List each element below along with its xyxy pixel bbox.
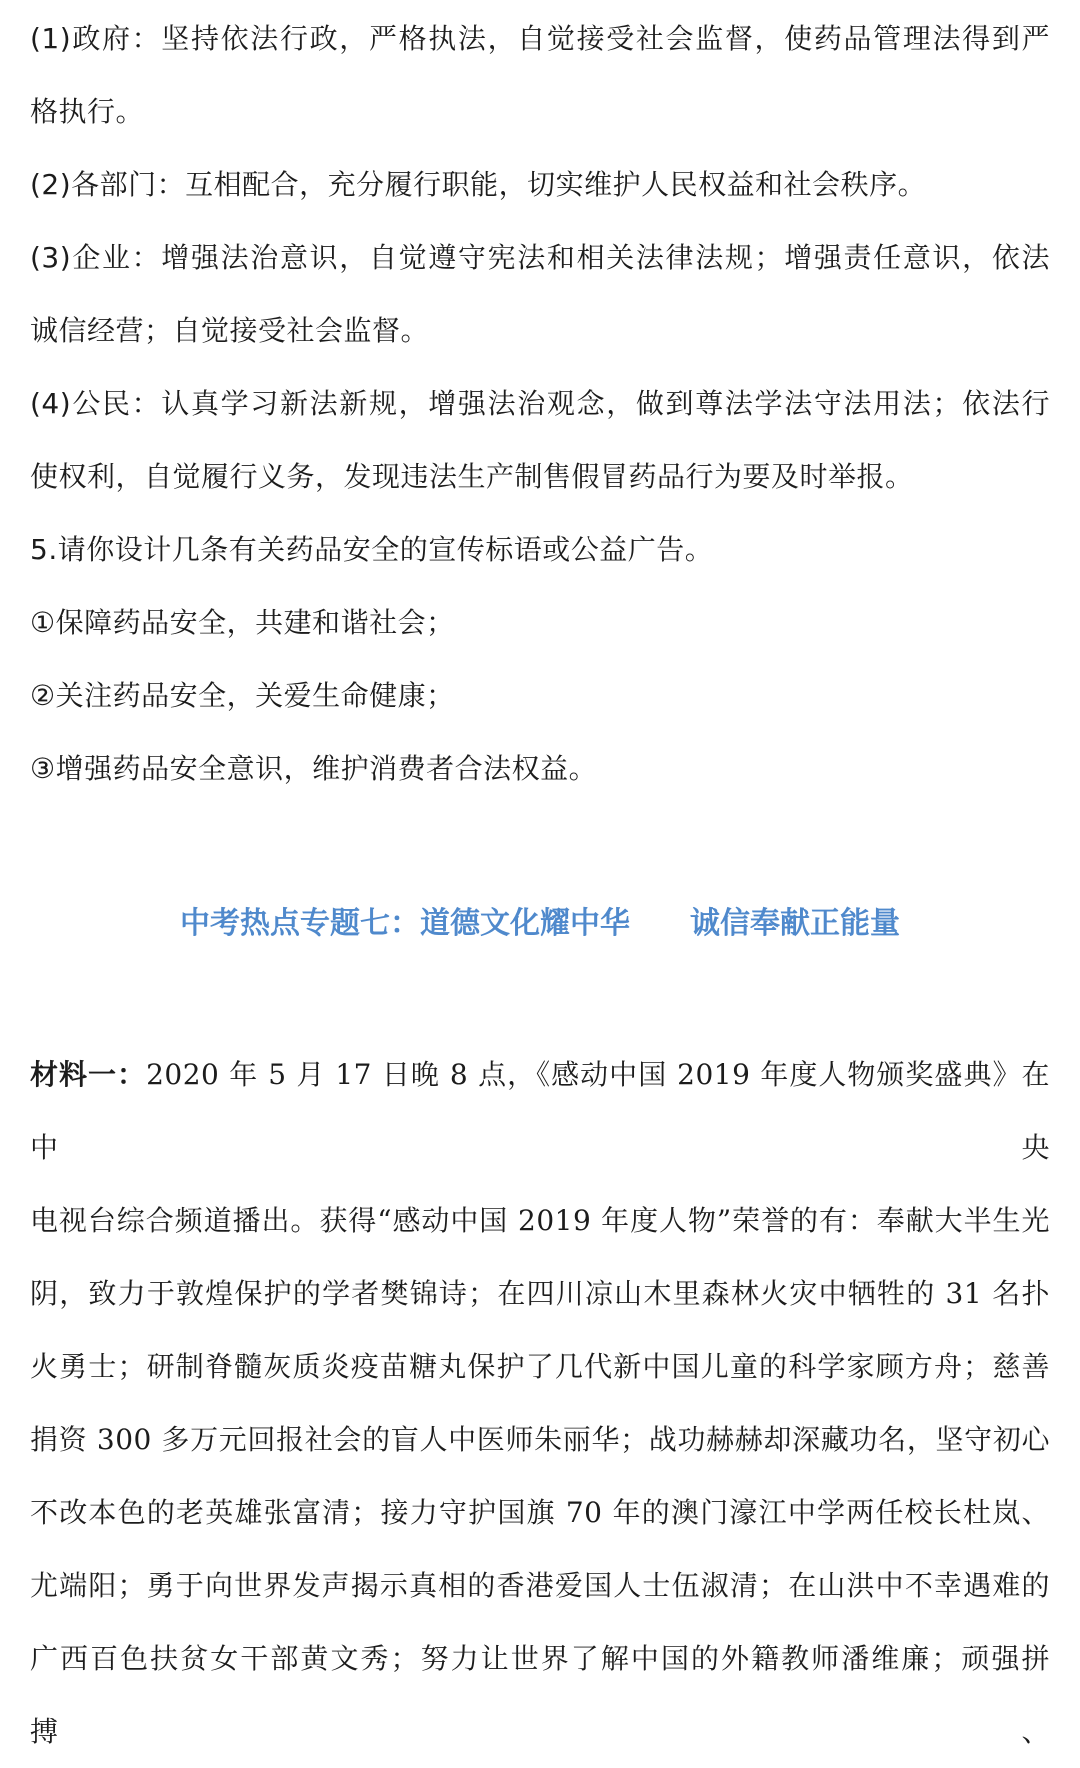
slogan-line: ②关注药品安全，关爱生命健康； (30, 659, 1050, 732)
material-label: 材料一： (30, 1058, 146, 1091)
legal-duties-section: (1)政府：坚持依法行政，严格执法，自觉接受社会监督，使药品管理法得到严 格执行… (30, 2, 1050, 805)
legal-line: (4)公民：认真学习新法新规，增强法治观念，做到尊法学法守法用法；依法行 (30, 367, 1050, 440)
slogan-line: ③增强药品安全意识，维护消费者合法权益。 (30, 732, 1050, 805)
material-line: 材料一：2020 年 5 月 17 日晚 8 点，《感动中国 2019 年度人物… (30, 1038, 1050, 1184)
material-line: 火勇士；研制脊髓灰质炎疫苗糖丸保护了几代新中国儿童的科学家顾方舟；慈善 (30, 1330, 1050, 1403)
legal-line: (3)企业：增强法治意识，自觉遵守宪法和相关法律法规；增强责任意识，依法 (30, 221, 1050, 294)
material-line: 广西百色扶贫女干部黄文秀；努力让世界了解中国的外籍教师潘维廉；顽强拼搏、 (30, 1622, 1050, 1768)
chapter-heading-subtitle: 诚信奉献正能量 (690, 906, 900, 941)
material-line: 不改本色的老英雄张富清；接力守护国旗 70 年的澳门濠江中学两任校长杜岚、 (30, 1476, 1050, 1549)
material-line: 电视台综合频道播出。获得“感动中国 2019 年度人物”荣誉的有：奉献大半生光 (30, 1184, 1050, 1257)
legal-line: 诚信经营；自觉接受社会监督。 (30, 294, 1050, 367)
material-line: 尤端阳；勇于向世界发声揭示真相的香港爱国人士伍淑清；在山洪中不幸遇难的 (30, 1549, 1050, 1622)
material-line-text: 2020 年 5 月 17 日晚 8 点，《感动中国 2019 年度人物颁奖盛典… (30, 1058, 1050, 1164)
legal-line: (2)各部门：互相配合，充分履行职能，切实维护人民权益和社会秩序。 (30, 148, 1050, 221)
slogan-line: ①保障药品安全，共建和谐社会； (30, 586, 1050, 659)
chapter-heading: 中考热点专题七：道德文化耀中华诚信奉献正能量 (30, 887, 1050, 960)
material-one-section: 材料一：2020 年 5 月 17 日晚 8 点，《感动中国 2019 年度人物… (30, 1038, 1050, 1768)
material-line: 捐资 300 多万元回报社会的盲人中医师朱丽华；战功赫赫却深藏功名，坚守初心 (30, 1403, 1050, 1476)
document-page: (1)政府：坚持依法行政，严格执法，自觉接受社会监督，使药品管理法得到严 格执行… (0, 0, 1080, 1768)
legal-line: 格执行。 (30, 75, 1050, 148)
legal-line: (1)政府：坚持依法行政，严格执法，自觉接受社会监督，使药品管理法得到严 (30, 2, 1050, 75)
question-5-line: 5.请你设计几条有关药品安全的宣传标语或公益广告。 (30, 513, 1050, 586)
chapter-heading-title: 中考热点专题七：道德文化耀中华 (180, 906, 630, 941)
material-line: 阴，致力于敦煌保护的学者樊锦诗；在四川凉山木里森林火灾中牺牲的 31 名扑 (30, 1257, 1050, 1330)
legal-line: 使权利，自觉履行义务，发现违法生产制售假冒药品行为要及时举报。 (30, 440, 1050, 513)
